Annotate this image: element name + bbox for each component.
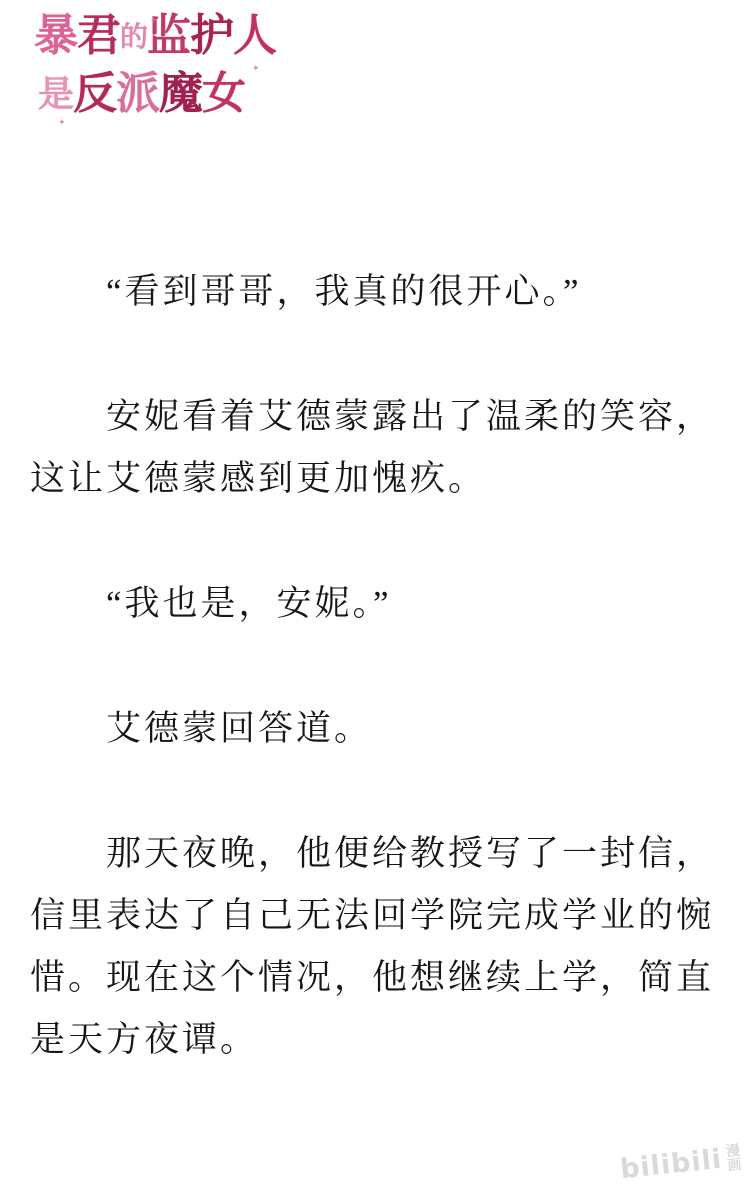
story-paragraph: 那天夜晚，他便给教授写了一封信，信里表达了自己无法回学院完成学业的惋惜。现在这个… xyxy=(30,823,723,1071)
series-logo-line-2: 是 反 派 魔 女 xyxy=(38,72,753,126)
logo-character: 暴 xyxy=(34,14,78,58)
logo-character: 的 xyxy=(120,24,148,52)
logo-character: 派 xyxy=(116,72,160,116)
series-logo-line-1: 暴 君 的 监 护 人 xyxy=(34,14,753,72)
sparkle-icon: ✦ xyxy=(150,16,158,25)
manga-label: 漫 画 xyxy=(725,1143,742,1172)
logo-character: 是 xyxy=(38,76,74,112)
logo-character: 护 xyxy=(190,14,234,58)
story-paragraph-dialogue: “我也是，安妮。” xyxy=(30,573,723,635)
manga-label-char-bottom: 画 xyxy=(727,1157,742,1172)
story-text: “看到哥哥，我真的很开心。” 安妮看着艾德蒙露出了温柔的笑容，这让艾德蒙感到更加… xyxy=(0,126,753,1071)
logo-character: 魔 xyxy=(159,72,203,116)
logo-character: 君 xyxy=(77,14,121,58)
story-paragraph: 安妮看着艾德蒙露出了温柔的笑容，这让艾德蒙感到更加愧疚。 xyxy=(30,386,723,510)
novel-page: { "page": { "background": "#ffffff" }, "… xyxy=(0,0,753,1191)
logo-character: 反 xyxy=(73,72,117,116)
bilibili-logo-text: bilibili xyxy=(619,1144,724,1186)
logo-character: 人 xyxy=(233,14,277,58)
sparkle-icon: ✦ xyxy=(58,118,66,127)
series-logo: 暴 君 的 监 护 人 是 反 派 魔 女 ✦ ✦ ✦ xyxy=(0,0,753,126)
story-paragraph-dialogue: “看到哥哥，我真的很开心。” xyxy=(30,261,723,323)
logo-character: 女 xyxy=(202,72,246,116)
bilibili-manga-watermark: bilibili 漫 画 xyxy=(619,1142,743,1185)
story-paragraph: 艾德蒙回答道。 xyxy=(30,698,723,760)
sparkle-icon: ✦ xyxy=(252,64,260,73)
